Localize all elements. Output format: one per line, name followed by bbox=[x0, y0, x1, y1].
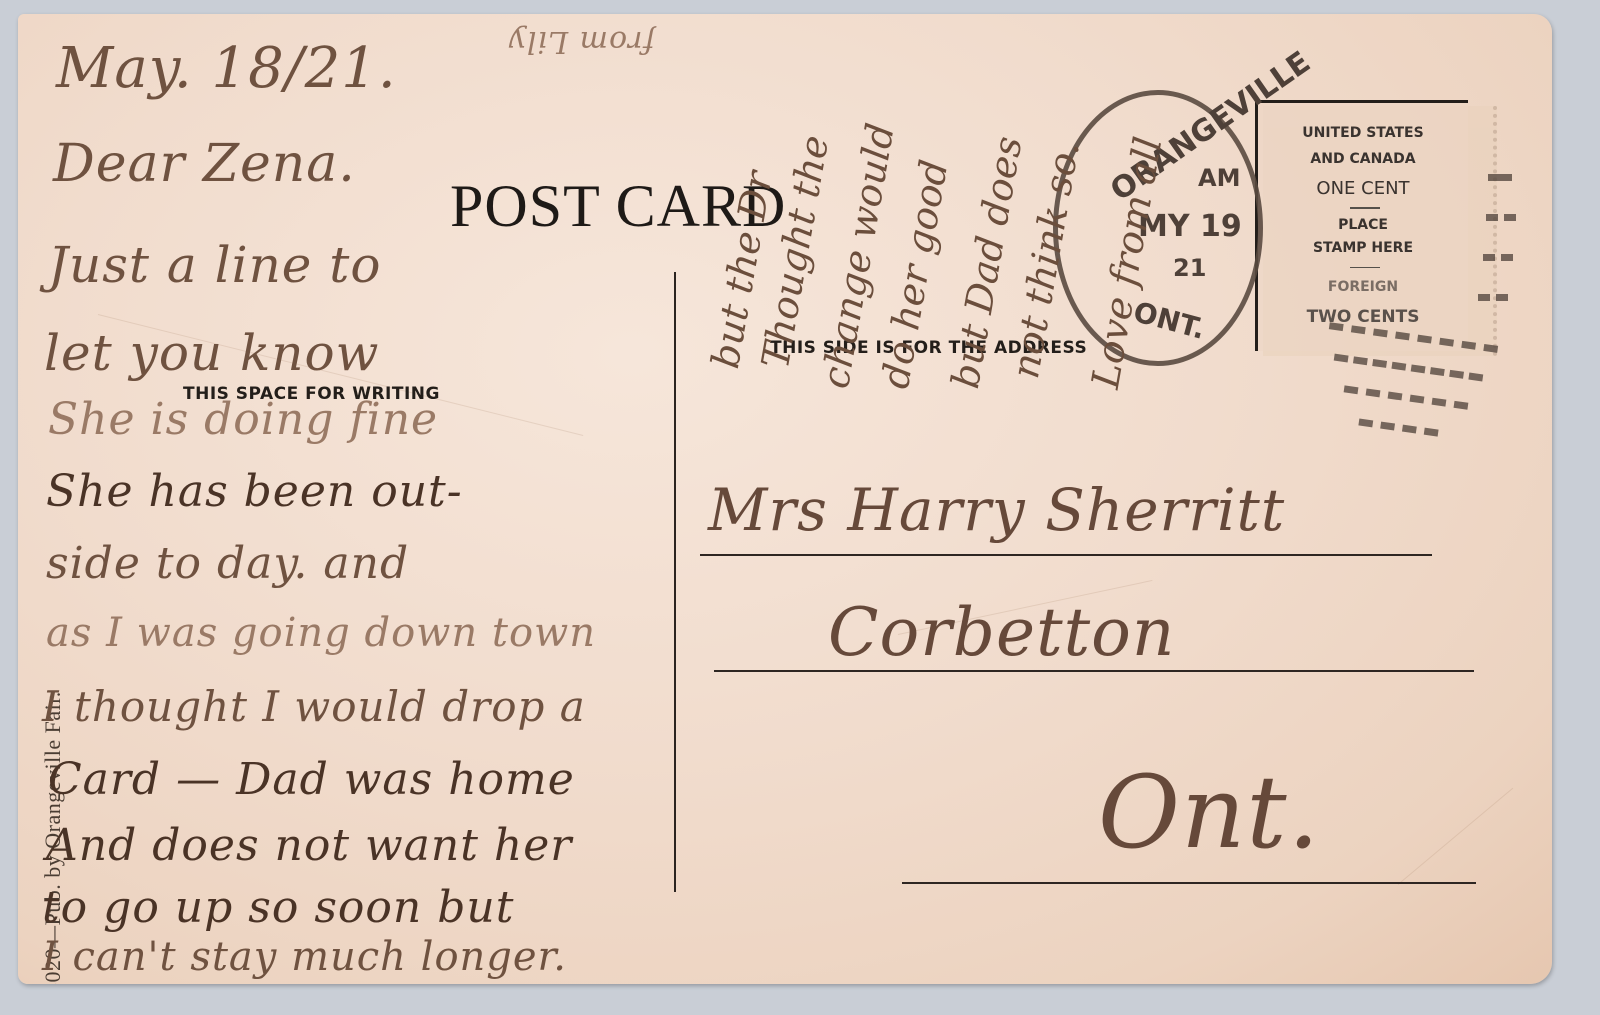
message-line: let you know bbox=[44, 324, 379, 382]
postmark-time: AM bbox=[1198, 164, 1240, 192]
message-line: Just a line to bbox=[48, 236, 381, 294]
address-name: Mrs Harry Sherritt bbox=[708, 476, 1285, 544]
message-line: to go up so soon but bbox=[42, 882, 514, 933]
message-line: side to day. and bbox=[46, 538, 409, 589]
postmark-year: 21 bbox=[1173, 254, 1206, 282]
center-divider bbox=[674, 272, 676, 892]
message-date: May. 18/21. bbox=[56, 36, 397, 101]
message-line: And does not want her bbox=[46, 820, 572, 871]
upside-down-signoff: from Lily bbox=[508, 24, 655, 59]
message-line: I can't stay much longer. bbox=[42, 934, 567, 980]
address-line-3 bbox=[902, 882, 1476, 884]
stamp-line: UNITED STATES bbox=[1258, 125, 1468, 141]
message-line: She is doing fine bbox=[48, 394, 438, 445]
message-line: as I was going down town bbox=[46, 610, 596, 656]
postcard: POST CARD THIS SPACE FOR WRITING THIS SI… bbox=[18, 14, 1552, 984]
message-line: I thought I would drop a bbox=[42, 682, 586, 731]
address-province: Ont. bbox=[1098, 754, 1320, 871]
cancellation-bars bbox=[1318, 164, 1518, 464]
paper-crease bbox=[1398, 788, 1514, 885]
message-line: She has been out- bbox=[46, 466, 463, 517]
message-line: Dear Zena. bbox=[53, 134, 356, 194]
message-line: Card — Dad was home bbox=[48, 754, 575, 805]
address-town: Corbetton bbox=[828, 594, 1175, 671]
address-line-1 bbox=[700, 554, 1432, 556]
